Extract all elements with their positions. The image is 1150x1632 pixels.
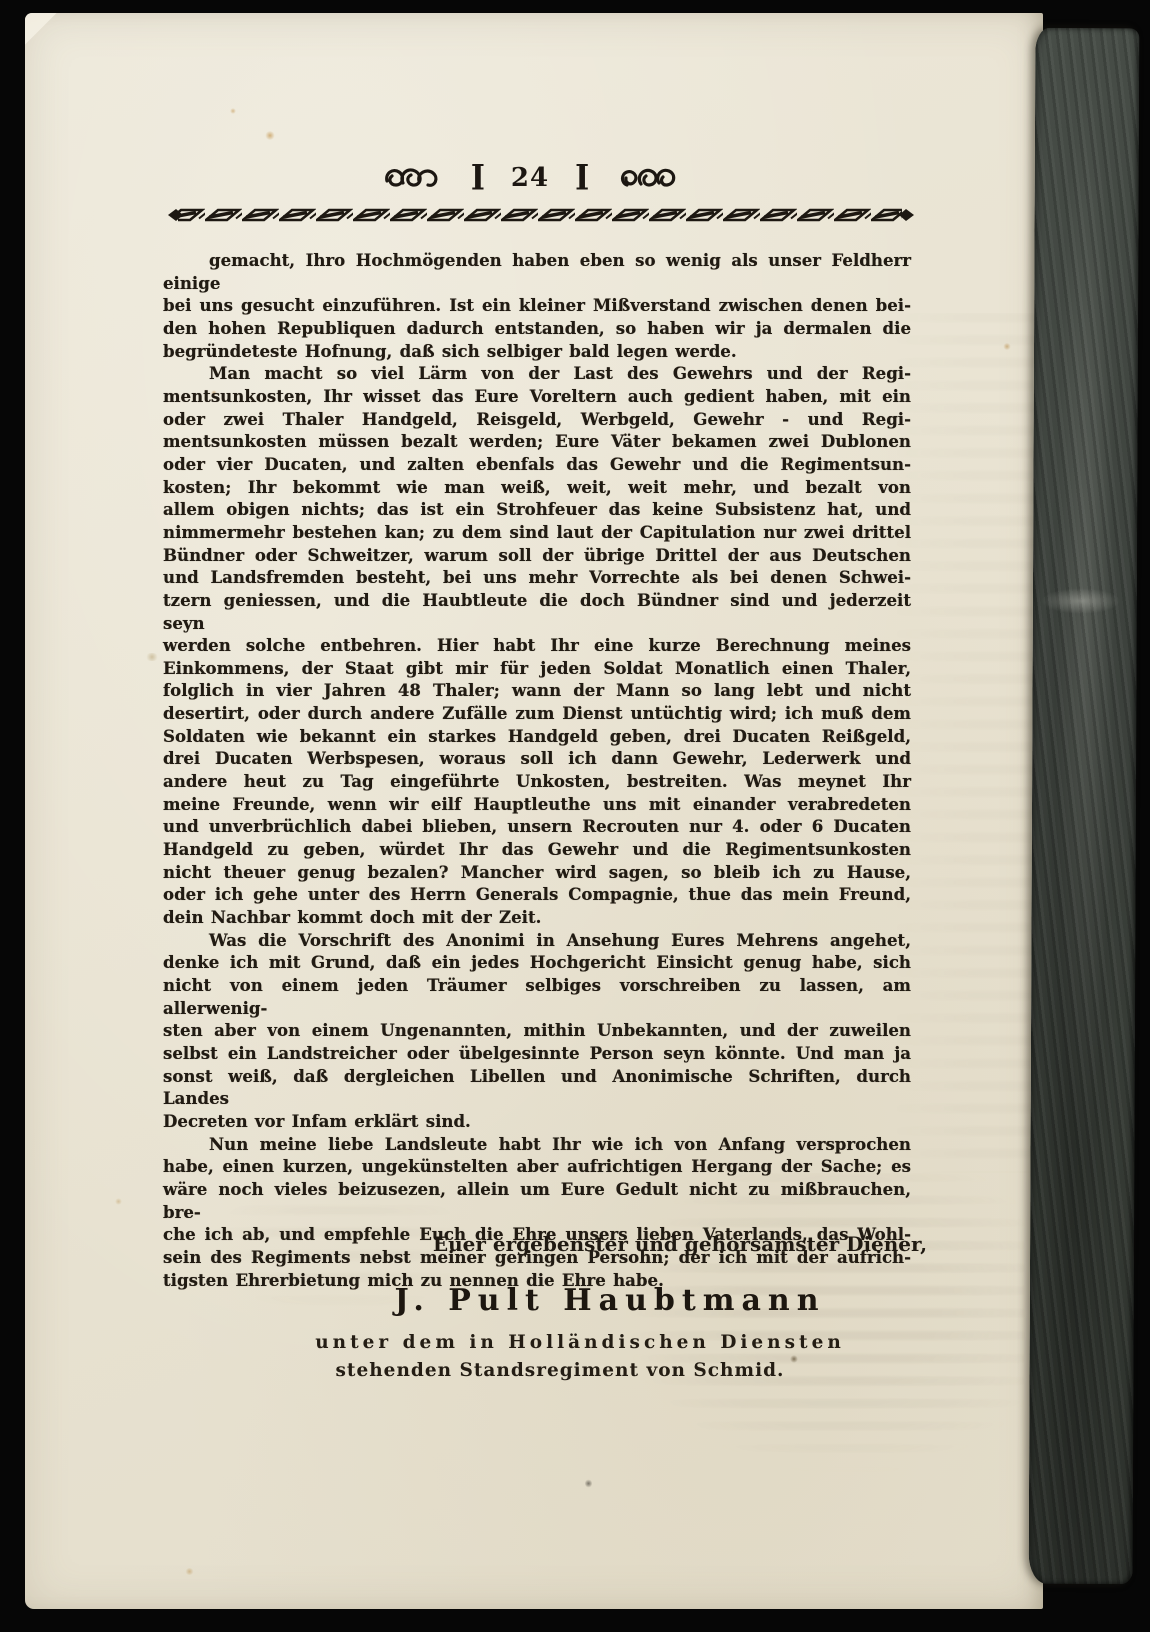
foxing-spot	[1003, 343, 1011, 350]
text-line: gemacht, Ihro Hochmögenden haben eben so…	[163, 249, 911, 294]
text-line: desertirt, oder durch andere Zufälle zum…	[163, 702, 911, 725]
closing-salutation: Euer ergebenster und gehorsamster Diener…	[420, 1232, 940, 1256]
text-line: werden solche entbehren. Hier habt Ihr e…	[163, 634, 911, 657]
book-cover-board	[1029, 28, 1140, 1584]
text-line: Handgeld zu geben, würdet Ihr das Gewehr…	[163, 838, 911, 861]
text-line: meine Freunde, wenn wir eilf Hauptleuthe…	[163, 793, 911, 816]
foxing-spot	[265, 131, 275, 140]
text-line: andere heut zu Tag eingeführte Unkosten,…	[163, 770, 911, 793]
text-line: drei Ducaten Werbspesen, woraus soll ich…	[163, 747, 911, 770]
page-number: 24	[511, 163, 549, 193]
text-line: nicht theuer genug bezalen? Mancher wird…	[163, 861, 911, 884]
foxing-spot	[230, 108, 236, 114]
text-line: dein Nachbar kommt doch mit der Zeit.	[163, 906, 911, 929]
signature-regiment-line-2: stehenden Standsregiment von Schmid.	[280, 1360, 840, 1381]
text-line: mentsunkosten, Ihr wisset das Eure Vorel…	[163, 385, 911, 408]
foxing-spot	[115, 1198, 122, 1205]
text-line: habe, einen kurzen, ungekünstelten aber …	[163, 1155, 911, 1178]
foxing-spot	[145, 653, 159, 661]
text-line: tzern geniessen, und die Haubtleute die …	[163, 589, 911, 634]
text-line: Soldaten wie bekannt ein starkes Handgel…	[163, 725, 911, 748]
braided-chain-rule-icon	[168, 203, 914, 227]
text-line: oder zwei Thaler Handgeld, Reisgeld, Wer…	[163, 408, 911, 431]
text-line: Bündner oder Schweitzer, warum soll der …	[163, 544, 911, 567]
text-line: und unverbrüchlich dabei blieben, unsern…	[163, 815, 911, 838]
knot-ornament-icon	[383, 163, 441, 193]
text-line: Einkommens, der Staat gibt mir für jeden…	[163, 657, 911, 680]
page-corner-fold	[25, 13, 59, 47]
text-line: oder ich gehe unter des Herrn Generals C…	[163, 883, 911, 906]
knot-ornament-icon	[619, 163, 677, 193]
text-line: kosten; Ihr bekommt wie man weiß, weit, …	[163, 476, 911, 499]
page-header: I 24 I	[150, 150, 910, 206]
cover-wear-mark	[1041, 588, 1121, 614]
page-number-group: I 24 I	[471, 161, 589, 196]
text-line: den hohen Republiquen dadurch entstanden…	[163, 317, 911, 340]
text-line: wäre noch vieles beizusezen, allein um E…	[163, 1178, 911, 1223]
text-line: nimmermehr bestehen kan; zu dem sind lau…	[163, 521, 911, 544]
photograph-background: I 24 I gemacht, Ihro Hochmögenden haben …	[0, 0, 1150, 1632]
text-line: selbst ein Landstreicher oder übelgesinn…	[163, 1042, 911, 1065]
text-line: nicht von einem jeden Träumer selbiges v…	[163, 974, 911, 1019]
text-line: begründeteste Hofnung, daß sich selbiger…	[163, 340, 911, 363]
text-line: mentsunkosten müssen bezalt werden; Eure…	[163, 430, 911, 453]
text-line: allem obigen nichts; das ist ein Strohfe…	[163, 498, 911, 521]
text-line: Decreten vor Infam erklärt sind.	[163, 1110, 911, 1133]
body-text: gemacht, Ihro Hochmögenden haben eben so…	[163, 249, 911, 1291]
signature-regiment-line-1: unter dem in Holländischen Diensten	[300, 1332, 860, 1353]
text-line: sonst weiß, daß dergleichen Libellen und…	[163, 1065, 911, 1110]
text-line: folglich in vier Jahren 48 Thaler; wann …	[163, 679, 911, 702]
text-line: Nun meine liebe Landsleute habt Ihr wie …	[163, 1133, 911, 1156]
text-line: und Landsfremden besteht, bei uns mehr V…	[163, 566, 911, 589]
foxing-spot	[585, 1479, 592, 1488]
text-line: bei uns gesucht einzuführen. Ist ein kle…	[163, 294, 911, 317]
text-line: oder vier Ducaten, und zalten ebenfals d…	[163, 453, 911, 476]
right-bracket: I	[575, 158, 589, 198]
signature-name: J. Pult Haubtmann	[330, 1283, 890, 1318]
text-line: Was die Vorschrift des Anonimi in Ansehu…	[163, 929, 911, 952]
left-bracket: I	[471, 158, 485, 198]
text-line: Man macht so viel Lärm von der Last des …	[163, 362, 911, 385]
foxing-spot	[185, 1568, 194, 1575]
text-line: sten aber von einem Ungenannten, mithin …	[163, 1019, 911, 1042]
text-line: denke ich mit Grund, daß ein jedes Hochg…	[163, 951, 911, 974]
